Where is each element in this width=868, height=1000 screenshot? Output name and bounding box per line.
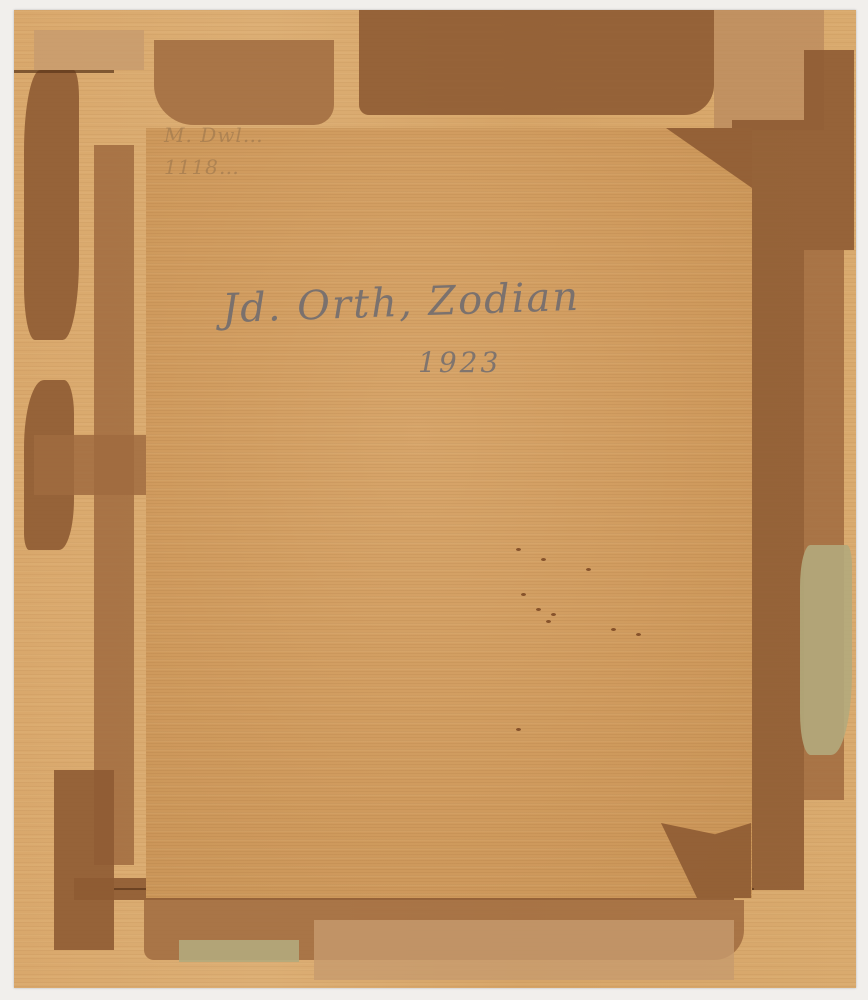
center-panel xyxy=(146,128,752,898)
tape-top-left xyxy=(34,30,144,70)
tape-corner-br xyxy=(661,823,751,898)
tape-left-4 xyxy=(34,435,154,495)
tape-top-right xyxy=(804,50,854,250)
green-residue-bottom xyxy=(179,940,299,962)
tape-bottom-3 xyxy=(314,920,734,980)
crack-top xyxy=(14,70,114,73)
faint-inscription-1: M. Dwl… xyxy=(164,123,264,147)
tape-left-1 xyxy=(24,70,79,340)
tape-left-2 xyxy=(94,145,134,865)
wooden-panel-back: M. Dwl… 1118… xyxy=(14,10,856,988)
faint-inscription-2: 1118… xyxy=(164,155,240,179)
tape-corner-tr xyxy=(666,128,752,188)
tape-top-1 xyxy=(154,40,334,125)
tape-top-2 xyxy=(359,10,714,115)
green-residue xyxy=(800,545,852,755)
pencil-year: 1923 xyxy=(418,346,501,379)
tape-left-5 xyxy=(54,770,114,950)
